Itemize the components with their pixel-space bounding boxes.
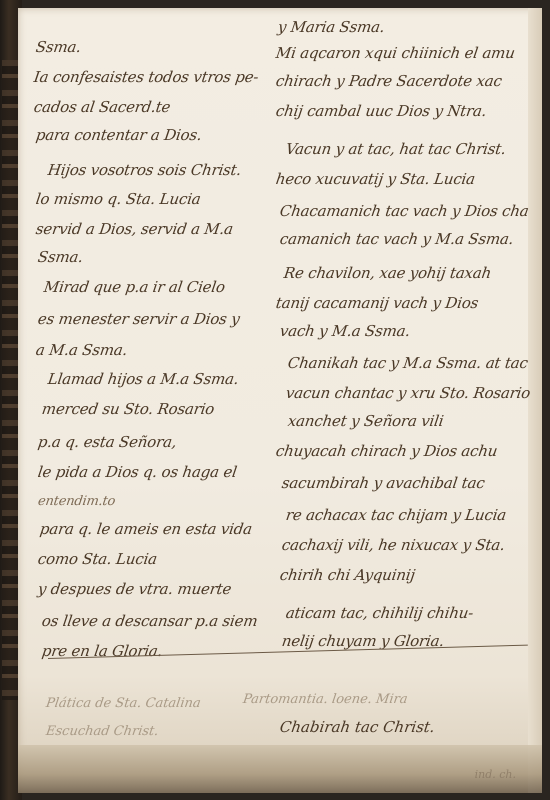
text-line: es menester servir a Dios y bbox=[37, 310, 241, 328]
text-line: merced su Sto. Rosario bbox=[41, 400, 216, 418]
text-line: Ssma. bbox=[37, 248, 84, 266]
footer-dark-line: Chabirah tac Christ. bbox=[279, 718, 436, 736]
text-line: chij cambal uuc Dios y Ntra. bbox=[275, 102, 488, 120]
corner-annotation: ind. ch. bbox=[475, 768, 516, 781]
text-line: Ssma. bbox=[35, 38, 82, 56]
text-line: re achacax tac chijam y Lucia bbox=[285, 506, 508, 524]
manuscript-page: Ssma. Ia confesaistes todos vtros pe- ca… bbox=[18, 8, 542, 793]
text-line: entendim.to bbox=[37, 494, 116, 509]
text-line: cachaxij vili, he nixucax y Sta. bbox=[281, 536, 506, 554]
text-line: chuyacah chirach y Dios achu bbox=[275, 442, 499, 460]
binding-wear bbox=[2, 60, 18, 700]
text-line: Re chavilon, xae yohij taxah bbox=[283, 264, 493, 282]
text-line: chirach y Padre Sacerdote xac bbox=[275, 72, 503, 90]
text-line: Chacamanich tac vach y Dios cha bbox=[279, 202, 530, 220]
text-line: camanich tac vach y M.a Ssma. bbox=[279, 230, 515, 248]
text-line: xanchet y Señora vili bbox=[287, 412, 445, 430]
text-line: Llamad hijos a M.a Ssma. bbox=[47, 370, 240, 388]
text-line: vacun chantac y xru Sto. Rosario bbox=[285, 384, 532, 402]
text-line: para q. le ameis en esta vida bbox=[39, 520, 253, 538]
text-line: y despues de vtra. muerte bbox=[37, 580, 233, 598]
text-line: como Sta. Lucia bbox=[37, 550, 159, 568]
text-line: cados al Sacerd.te bbox=[33, 98, 172, 116]
worn-bottom-edge bbox=[18, 745, 542, 793]
text-line: os lleve a descansar p.a siem bbox=[41, 612, 259, 630]
text-line: le pida a Dios q. os haga el bbox=[37, 463, 238, 481]
text-line: tanij cacamanij vach y Dios bbox=[275, 294, 480, 312]
text-line: lo mismo q. Sta. Lucia bbox=[35, 190, 202, 208]
text-line: y Maria Ssma. bbox=[277, 18, 386, 36]
text-line: Mirad que p.a ir al Cielo bbox=[43, 278, 226, 296]
text-line: Chanikah tac y M.a Ssma. at tac bbox=[287, 354, 529, 372]
page-edge bbox=[528, 8, 542, 793]
text-line: sacumbirah y avachibal tac bbox=[281, 474, 486, 492]
text-line: para contentar a Dios. bbox=[35, 126, 203, 144]
text-line: aticam tac, chihilij chihu- bbox=[285, 604, 475, 622]
text-line: chirih chi Ayquinij bbox=[279, 566, 416, 584]
text-line: Vacun y at tac, hat tac Christ. bbox=[285, 140, 507, 158]
text-line: Ia confesaistes todos vtros pe- bbox=[33, 68, 260, 86]
text-line: heco xucuvatij y Sta. Lucia bbox=[275, 170, 476, 188]
text-line: a M.a Ssma. bbox=[35, 341, 129, 359]
text-line: servid a Dios, servid a M.a bbox=[35, 220, 234, 238]
text-line: vach y M.a Ssma. bbox=[279, 322, 412, 340]
footer-faded-center: Partomantia. loene. Mira bbox=[242, 692, 409, 707]
text-line: Hijos vosotros sois Christ. bbox=[47, 161, 243, 179]
footer-faded-line: Escuchad Christ. bbox=[45, 724, 160, 739]
text-line: p.a q. esta Señora, bbox=[37, 433, 178, 451]
text-line: Mi aqcaron xqui chiinich el amu bbox=[275, 44, 516, 62]
footer-faded-title: Plática de Sta. Catalina bbox=[45, 696, 202, 711]
